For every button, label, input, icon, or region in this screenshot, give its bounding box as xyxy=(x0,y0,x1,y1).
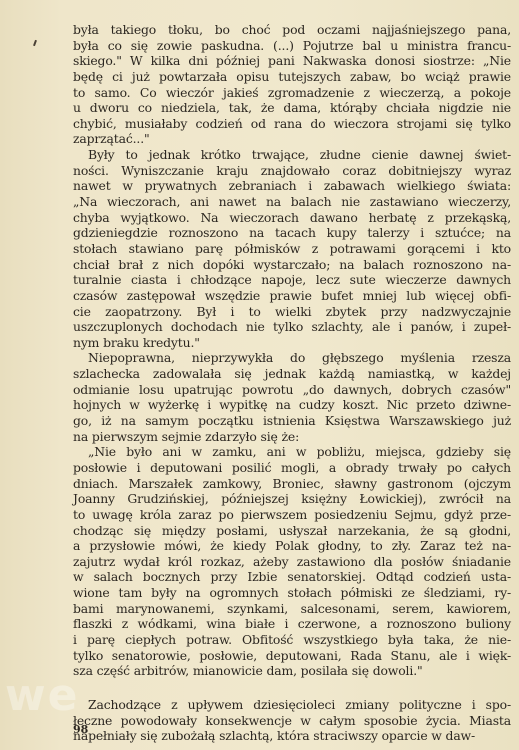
margin-mark xyxy=(33,40,37,46)
text-line: odmianie losu upatrując powrotu „do dawn… xyxy=(73,382,511,398)
text-line: hojnych w wyżerkę i wypitkę na cudzy kos… xyxy=(73,397,511,413)
text-line: zaprzątać..." xyxy=(73,131,511,147)
text-line: bami marynowanemi, szynkami, salcesonami… xyxy=(73,601,511,617)
text-line: nawet w prywatnych zebraniach i zabawach… xyxy=(73,178,511,194)
paragraph: Zachodzące z upływem dziesięcioleci zmia… xyxy=(73,697,511,744)
text-line: Były to jednak krótko trwające, złudne c… xyxy=(73,147,511,163)
text-line: szlachecka zadowalała się jednak każdą n… xyxy=(73,366,511,382)
text-line: ności. Wyniszczanie kraju znajdowało cor… xyxy=(73,163,511,179)
text-line: wione tam były na ogromnych stołach półm… xyxy=(73,585,511,601)
text-line: łeczne powodowały konsekwencje w całym s… xyxy=(73,713,511,729)
text-line: gdzieniegdzie roznoszono na tacach kupy … xyxy=(73,225,511,241)
text-line: cie zaopatrzony. Był i to wielki zbytek … xyxy=(73,304,511,320)
text-line: Joanny Grudzińskiej, późniejszej księżny… xyxy=(73,491,511,507)
text-line: chyba wyjątkowo. Na wieczorach dawano he… xyxy=(73,210,511,226)
text-line: chybić, musiałaby codzień od rana do wie… xyxy=(73,116,511,132)
text-line: chciał brał z nich dopóki wystarczało; n… xyxy=(73,257,511,273)
paragraph: Niepoprawna, nieprzywykła do głębszego m… xyxy=(73,350,511,444)
text-line: chodząc się między posłami, usłyszał nar… xyxy=(73,523,511,539)
text-line: sza część arbitrów, mianowicie dam, posi… xyxy=(73,663,511,679)
text-line: i parę ciepłych potraw. Obfitość wszystk… xyxy=(73,632,511,648)
text-line: u dworu co niedziela, tak, że dama, któr… xyxy=(73,100,511,116)
text-line: Niepoprawna, nieprzywykła do głębszego m… xyxy=(73,350,511,366)
text-line: uszczuplonych dochodach nie tylko szlach… xyxy=(73,319,511,335)
text-line: w salach bocznych przy Izbie senatorskie… xyxy=(73,569,511,585)
text-line: a przysłowie mówi, że kiedy Polak głodny… xyxy=(73,538,511,554)
text-line: napełniały się zubożałą szlachtą, która … xyxy=(73,728,511,744)
text-line: była co się zowie paskudna. (...) Pojutr… xyxy=(73,38,511,54)
text-line: Zachodzące z upływem dziesięcioleci zmia… xyxy=(73,697,511,713)
text-line: „Nie było ani w zamku, ani w pobliżu, mi… xyxy=(73,444,511,460)
text-line: to uwagę króla zaraz po pierwszem posied… xyxy=(73,507,511,523)
text-line: była takiego tłoku, bo choć pod oczami n… xyxy=(73,22,511,38)
paragraph-gap xyxy=(73,679,511,697)
text-line: stołach stawiano parę półmisków z potraw… xyxy=(73,241,511,257)
paragraph: „Nie było ani w zamku, ani w pobliżu, mi… xyxy=(73,444,511,679)
text-line: na pierwszym sejmie zdarzyło się że: xyxy=(73,429,511,445)
text-line: zajutrz wydał król rozkaz, ażeby zastawi… xyxy=(73,554,511,570)
text-line: będę ci już powtarzała opisu tutejszych … xyxy=(73,69,511,85)
paragraph: była takiego tłoku, bo choć pod oczami n… xyxy=(73,22,511,147)
text-line: dniach. Marszałek zamkowy, Broniec, sław… xyxy=(73,476,511,492)
page-body: była takiego tłoku, bo choć pod oczami n… xyxy=(73,22,511,744)
text-line: czasów zastępował wszędzie prawie bufet … xyxy=(73,288,511,304)
text-line: „Na wieczorach, ani nawet na balach nie … xyxy=(73,194,511,210)
text-line: nym braku kredytu." xyxy=(73,335,511,351)
text-line: flaszki z wódkami, wina białe i czerwone… xyxy=(73,616,511,632)
watermark: we xyxy=(5,670,80,721)
text-line: tylko senatorowie, posłowie, deputowani,… xyxy=(73,648,511,664)
page-number: 98 xyxy=(73,723,88,736)
text-line: skiego." W kilka dni później pani Nakwas… xyxy=(73,53,511,69)
text-line: go, iż na samym początku istnienia Księs… xyxy=(73,413,511,429)
text-line: turalnie ciasta i chłodzące napoje, lecz… xyxy=(73,272,511,288)
text-line: posłowie i deputowani posilić mogli, a o… xyxy=(73,460,511,476)
text-line: to samo. Co wieczór jakieś zgromadzenie … xyxy=(73,85,511,101)
paragraph: Były to jednak krótko trwające, złudne c… xyxy=(73,147,511,350)
